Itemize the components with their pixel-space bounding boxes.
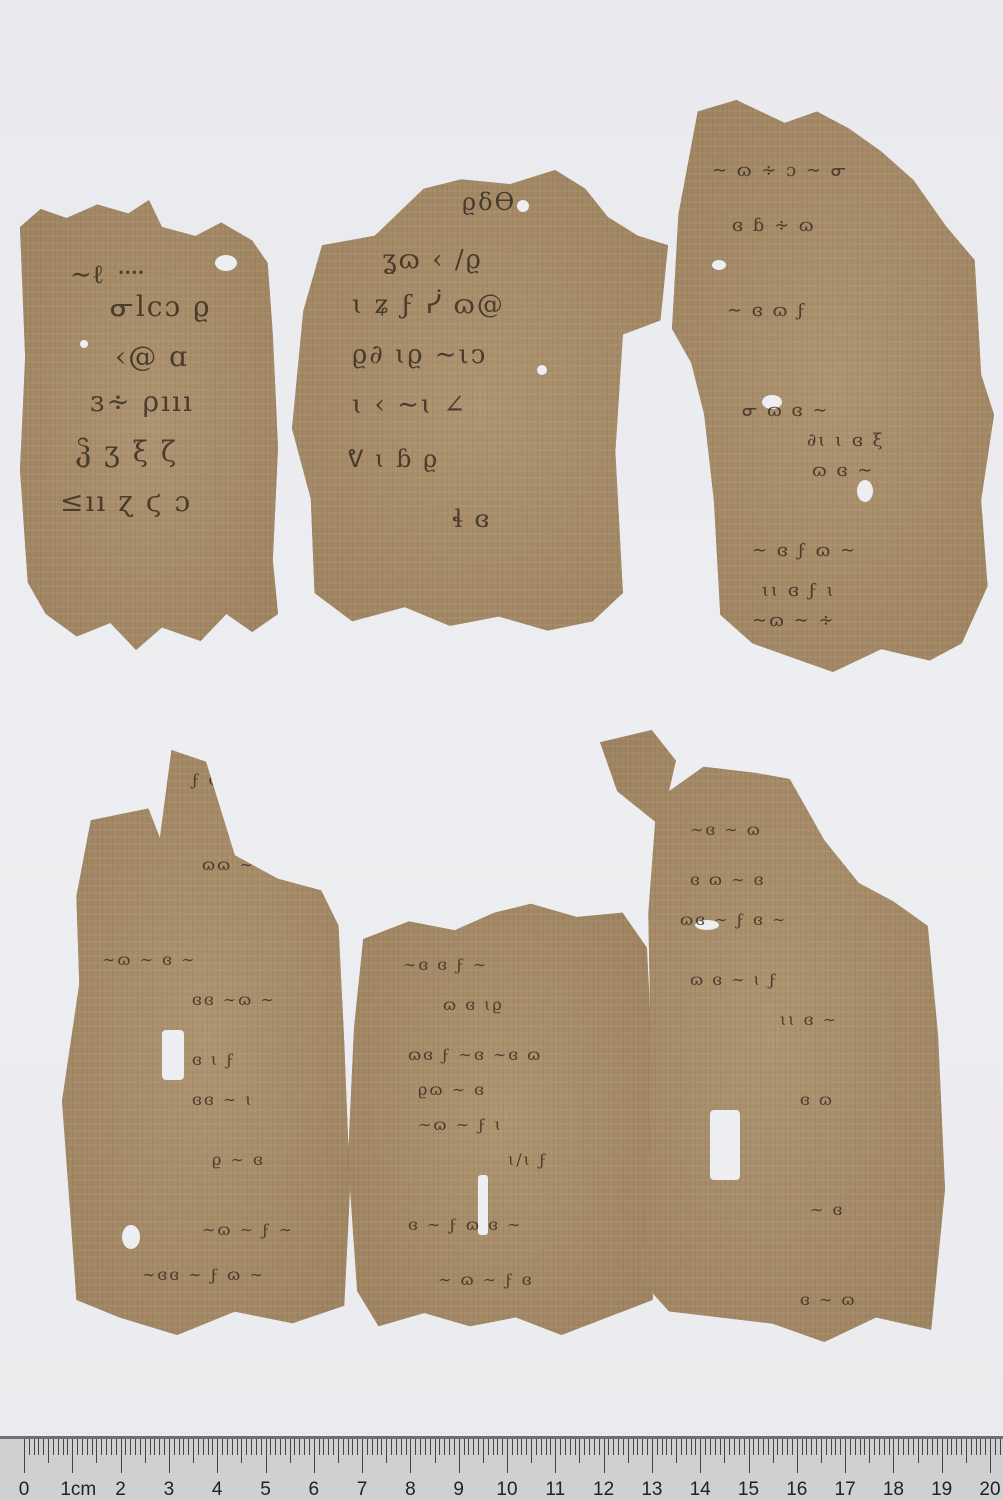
ruler-tick — [43, 1439, 44, 1455]
ruler-label: 9 — [453, 1479, 464, 1500]
ruler-tick — [531, 1439, 532, 1463]
ruler-tick — [951, 1439, 952, 1455]
ruler-tick — [483, 1439, 484, 1463]
ruler-tick — [164, 1439, 165, 1455]
ruler-tick — [275, 1439, 276, 1455]
ruler-tick — [715, 1439, 716, 1455]
ruler-tick — [579, 1439, 580, 1463]
ruler-tick — [116, 1439, 117, 1455]
ruler-tick — [512, 1439, 513, 1455]
ruler-tick — [1000, 1439, 1001, 1455]
ruler-tick — [608, 1439, 609, 1455]
ruler-tick — [560, 1439, 561, 1455]
ruler-tick — [860, 1439, 861, 1455]
ruler-tick — [159, 1439, 160, 1455]
ruler-label: 20 — [979, 1479, 1000, 1500]
ruler-tick — [555, 1439, 556, 1473]
ruler-tick — [710, 1439, 711, 1455]
ruler-tick — [792, 1439, 793, 1455]
ruler-label: 1cm — [60, 1479, 96, 1500]
ruler-tick — [691, 1439, 692, 1455]
ruler-tick — [497, 1439, 498, 1455]
ruler-tick — [222, 1439, 223, 1455]
ruler-tick — [874, 1439, 875, 1455]
ruler-tick — [34, 1439, 35, 1455]
ruler-tick — [130, 1439, 131, 1455]
ruler-tick — [565, 1439, 566, 1455]
ruler-tick — [101, 1439, 102, 1455]
ruler-tick — [676, 1439, 677, 1463]
ruler-tick — [686, 1439, 687, 1455]
ruler-tick — [323, 1439, 324, 1455]
ruler-tick — [449, 1439, 450, 1455]
ruler-tick — [908, 1439, 909, 1455]
ruler-tick — [304, 1439, 305, 1455]
ruler-label: 12 — [593, 1479, 614, 1500]
ruler-tick — [526, 1439, 527, 1455]
ruler-tick — [140, 1439, 141, 1455]
ruler-tick — [63, 1439, 64, 1455]
ruler-tick — [797, 1439, 798, 1473]
ruler-tick — [53, 1439, 54, 1455]
papyrus-fragment-bottom-middle: ∼ɞ ɞ ϝ ∼ ɷ ɞ ɩϱ ɷɞ ϝ ∼ɞ ∼ɞ ɷ ϱɷ ∼ ɞ ∼ɷ ∼… — [348, 895, 653, 1335]
papyrus-fragment-top-left: ∼ℓ ᠁ ᓂlcɔ ϱ ‹@ ɑ ɜ∻ ρııı ჴ ʒ ξ ζ ≤ıı ɀ ϛ… — [20, 200, 278, 650]
ruler-tick — [773, 1439, 774, 1463]
ruler-tick — [174, 1439, 175, 1455]
ruler-label: 11 — [545, 1479, 565, 1500]
ruler-tick — [840, 1439, 841, 1455]
papyrus-fragment-bottom-left: ϝ ɞ ɷɷ ∼ ∼ɷ ∼ ɞ ∼ ɞɞ ∼ɷ ∼ ɞ ɩ ϝ ɞɞ ∼ ɩ ϱ… — [62, 750, 350, 1335]
ruler-tick — [145, 1439, 146, 1463]
ruler-tick — [971, 1439, 972, 1455]
ruler-tick — [662, 1439, 663, 1455]
ruler-tick — [633, 1439, 634, 1455]
ruler-tick — [401, 1439, 402, 1455]
ruler-tick — [831, 1439, 832, 1455]
ruler-tick — [956, 1439, 957, 1455]
ruler-tick — [280, 1439, 281, 1455]
ruler-tick — [338, 1439, 339, 1463]
ruler-tick — [918, 1439, 919, 1463]
ruler-tick — [517, 1439, 518, 1455]
ruler-tick — [58, 1439, 59, 1455]
ruler-tick — [695, 1439, 696, 1455]
ruler-tick — [826, 1439, 827, 1455]
ruler-tick — [947, 1439, 948, 1455]
ruler-tick — [647, 1439, 648, 1455]
ruler-tick — [468, 1439, 469, 1455]
ruler-tick — [623, 1439, 624, 1455]
ruler-tick — [932, 1439, 933, 1455]
ruler-label: 13 — [641, 1479, 662, 1500]
ruler-label: 3 — [164, 1479, 175, 1500]
ruler-tick — [203, 1439, 204, 1455]
ruler-tick — [637, 1439, 638, 1455]
ruler-tick — [604, 1439, 605, 1473]
ruler-tick — [976, 1439, 977, 1455]
ruler-tick — [92, 1439, 93, 1455]
ruler-label: 15 — [738, 1479, 759, 1500]
ruler-tick — [570, 1439, 571, 1455]
ruler-tick — [845, 1439, 846, 1473]
ruler-tick — [294, 1439, 295, 1455]
ruler-tick — [546, 1439, 547, 1455]
ruler-tick — [889, 1439, 890, 1455]
ruler-tick — [150, 1439, 151, 1455]
ruler-tick — [720, 1439, 721, 1455]
ruler-tick — [217, 1439, 218, 1473]
ruler-tick — [913, 1439, 914, 1455]
ruler-tick — [802, 1439, 803, 1455]
ruler-tick — [898, 1439, 899, 1455]
ruler-label: 16 — [786, 1479, 807, 1500]
ruler-tick — [681, 1439, 682, 1455]
ruler-tick — [507, 1439, 508, 1473]
ruler-tick — [749, 1439, 750, 1473]
ruler-label: 19 — [931, 1479, 952, 1500]
ruler-tick — [77, 1439, 78, 1455]
ruler-tick — [985, 1439, 986, 1455]
ruler-tick — [396, 1439, 397, 1455]
ruler-tick — [270, 1439, 271, 1455]
ruler-tick — [642, 1439, 643, 1455]
ruler-tick — [24, 1439, 25, 1473]
ruler-tick — [879, 1439, 880, 1455]
ruler-tick — [473, 1439, 474, 1455]
ruler-tick — [724, 1439, 725, 1463]
ruler-tick — [990, 1439, 991, 1473]
ruler-tick — [415, 1439, 416, 1455]
ruler-tick — [599, 1439, 600, 1455]
ruler-tick — [435, 1439, 436, 1463]
papyrus-fragment-top-middle: ϱδϴ ʓɷ ‹ /ϱ ɩ ʑ ϝ ᓰ ɷ@ ϱ∂ ɩϱ ∼ιͻ ɩ ‹ ∼ɩ … — [292, 170, 668, 640]
ruler-tick — [729, 1439, 730, 1455]
ruler-tick — [850, 1439, 851, 1455]
ruler-tick — [811, 1439, 812, 1455]
ruler-tick — [787, 1439, 788, 1455]
ruler-tick — [343, 1439, 344, 1455]
ruler-tick — [406, 1439, 407, 1455]
ruler-tick — [212, 1439, 213, 1455]
ruler-tick — [246, 1439, 247, 1455]
ruler-tick — [420, 1439, 421, 1455]
ruler-tick — [328, 1439, 329, 1455]
ruler-tick — [575, 1439, 576, 1455]
ruler-tick — [251, 1439, 252, 1455]
ruler-tick — [425, 1439, 426, 1455]
ruler-tick — [87, 1439, 88, 1455]
ruler-tick — [430, 1439, 431, 1455]
ruler-tick — [657, 1439, 658, 1455]
ruler-tick — [594, 1439, 595, 1455]
ruler-tick — [536, 1439, 537, 1455]
ruler-tick — [782, 1439, 783, 1455]
ruler-label: 6 — [309, 1479, 320, 1500]
ruler-tick — [169, 1439, 170, 1473]
ruler-tick — [381, 1439, 382, 1455]
ruler-tick — [763, 1439, 764, 1455]
ruler-tick — [816, 1439, 817, 1455]
ruler-tick — [753, 1439, 754, 1455]
ruler-label: 7 — [357, 1479, 368, 1500]
ruler-tick — [478, 1439, 479, 1455]
ruler-tick — [927, 1439, 928, 1455]
ruler-tick — [893, 1439, 894, 1473]
ruler-tick — [256, 1439, 257, 1455]
ruler-tick — [121, 1439, 122, 1473]
ruler-tick — [869, 1439, 870, 1463]
ruler-tick — [299, 1439, 300, 1455]
ruler-tick — [309, 1439, 310, 1455]
ruler-tick — [464, 1439, 465, 1455]
ruler-tick — [652, 1439, 653, 1473]
ruler-tick — [111, 1439, 112, 1455]
ruler-label: 10 — [496, 1479, 517, 1500]
ruler-tick — [188, 1439, 189, 1455]
ruler-tick — [884, 1439, 885, 1455]
ruler-tick — [333, 1439, 334, 1455]
ruler-tick — [314, 1439, 315, 1473]
ruler-label: 0 — [19, 1479, 30, 1500]
ruler-tick — [352, 1439, 353, 1455]
ruler-tick — [444, 1439, 445, 1455]
ruler-tick — [290, 1439, 291, 1463]
ruler-tick — [584, 1439, 585, 1455]
ruler-tick — [261, 1439, 262, 1455]
ruler-tick — [942, 1439, 943, 1473]
ruler-tick — [237, 1439, 238, 1455]
ruler-tick — [502, 1439, 503, 1455]
ruler-tick — [521, 1439, 522, 1455]
ruler-tick — [193, 1439, 194, 1463]
ruler-tick — [183, 1439, 184, 1455]
ruler-tick — [966, 1439, 967, 1463]
ruler-tick — [835, 1439, 836, 1455]
ruler-tick — [618, 1439, 619, 1455]
ruler-tick — [227, 1439, 228, 1455]
ruler-tick — [410, 1439, 411, 1473]
ruler-tick — [821, 1439, 822, 1463]
ruler-tick — [541, 1439, 542, 1455]
ruler-tick — [29, 1439, 30, 1455]
ruler-tick — [550, 1439, 551, 1455]
ruler-tick — [377, 1439, 378, 1455]
ruler-tick — [386, 1439, 387, 1463]
ruler-tick — [391, 1439, 392, 1455]
ruler-tick — [980, 1439, 981, 1455]
ruler-tick — [855, 1439, 856, 1455]
ruler-tick — [700, 1439, 701, 1473]
ruler-label: 18 — [883, 1479, 904, 1500]
ruler-tick — [744, 1439, 745, 1455]
ruler-tick — [179, 1439, 180, 1455]
ruler-tick — [82, 1439, 83, 1455]
ruler-tick — [488, 1439, 489, 1455]
ruler-tick — [372, 1439, 373, 1455]
ruler-label: 5 — [260, 1479, 271, 1500]
ruler-tick — [367, 1439, 368, 1455]
ruler-tick — [106, 1439, 107, 1455]
ruler-tick — [208, 1439, 209, 1455]
ruler-tick — [38, 1439, 39, 1455]
ruler-tick — [285, 1439, 286, 1455]
ruler-tick — [864, 1439, 865, 1455]
ruler-tick — [241, 1439, 242, 1463]
ruler-tick — [72, 1439, 73, 1473]
ruler-tick — [198, 1439, 199, 1455]
ruler-tick — [357, 1439, 358, 1455]
ruler-tick — [319, 1439, 320, 1455]
ruler-tick — [734, 1439, 735, 1455]
ruler-tick — [768, 1439, 769, 1455]
ruler-label: 8 — [405, 1479, 416, 1500]
ruler-tick — [67, 1439, 68, 1455]
measurement-ruler: 01cm234567891011121314151617181920 — [0, 1436, 1003, 1500]
ruler-tick — [493, 1439, 494, 1455]
ruler-tick — [232, 1439, 233, 1455]
ruler-tick — [922, 1439, 923, 1455]
ruler-tick — [48, 1439, 49, 1463]
ruler-tick — [135, 1439, 136, 1455]
ruler-tick — [739, 1439, 740, 1455]
ruler-tick — [362, 1439, 363, 1473]
ruler-tick — [454, 1439, 455, 1455]
ruler-label: 17 — [835, 1479, 856, 1500]
ruler-tick — [96, 1439, 97, 1463]
ruler-tick — [758, 1439, 759, 1455]
ruler-tick — [125, 1439, 126, 1455]
ruler-tick — [961, 1439, 962, 1455]
ruler-tick — [995, 1439, 996, 1455]
ruler-label: 2 — [115, 1479, 126, 1500]
ruler-tick — [628, 1439, 629, 1463]
ruler-tick — [937, 1439, 938, 1455]
papyrus-fragment-top-right: ∼ ɷ ∻ ɔ ∼ ᓂ ɞ ɓ ∻ ɷ ∼ ɞ ɷ ϝ ᓂ ɷ ɞ ∼ ∂ɩ ɩ… — [672, 100, 994, 672]
papyrus-fragment-bottom-right: ∼ɞ ∼ ɷ ɞ ɷ ∼ ɞ ɷɞ ∼ ϝ ɞ ∼ ɷ ɞ ∼ ɩ ϝ ɩɩ ɞ… — [600, 730, 945, 1342]
ruler-tick — [154, 1439, 155, 1455]
ruler-tick — [459, 1439, 460, 1473]
ruler-tick — [705, 1439, 706, 1455]
ruler-tick — [439, 1439, 440, 1455]
ruler-tick — [613, 1439, 614, 1455]
ruler-tick — [348, 1439, 349, 1455]
ruler-tick — [666, 1439, 667, 1455]
ruler-label: 14 — [690, 1479, 711, 1500]
ruler-tick — [671, 1439, 672, 1455]
ruler-tick — [903, 1439, 904, 1455]
ruler-label: 4 — [212, 1479, 223, 1500]
ruler-tick — [266, 1439, 267, 1473]
ruler-tick — [806, 1439, 807, 1455]
ruler-tick — [777, 1439, 778, 1455]
ruler-tick — [589, 1439, 590, 1455]
